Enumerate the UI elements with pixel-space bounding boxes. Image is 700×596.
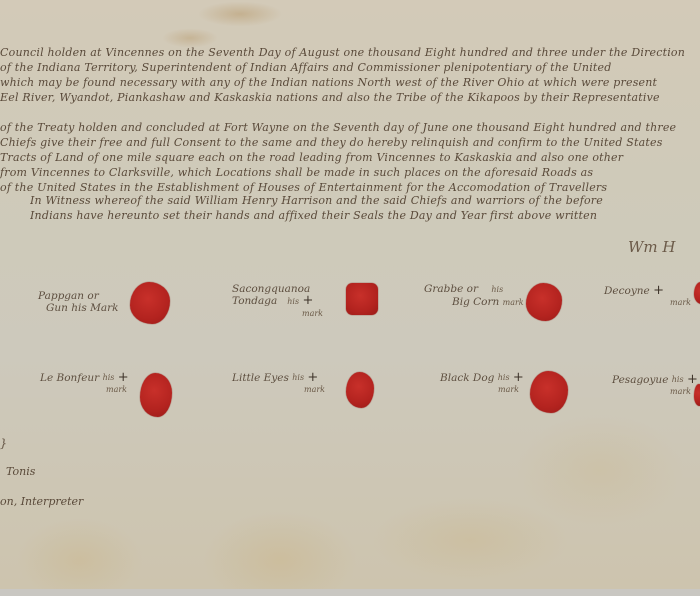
mark-label: mark xyxy=(503,298,524,307)
text-line: which may be found necessary with any of… xyxy=(0,75,700,90)
mark-label: mark xyxy=(232,384,325,396)
text-line: of the Treaty holden and concluded at Fo… xyxy=(0,120,700,135)
wax-seal xyxy=(346,283,378,315)
wax-seal xyxy=(130,282,170,324)
witness-bracket: } xyxy=(0,437,7,450)
witness-name: Tonis xyxy=(6,465,35,478)
commissioner-signature: Wm H xyxy=(628,238,676,256)
signatory-name: Little Eyes xyxy=(232,372,289,384)
wax-seal xyxy=(346,372,374,408)
his-label: his xyxy=(672,375,684,384)
signatory-name: Pesagoyue xyxy=(612,374,668,386)
signatory-6: Little Eyes his + mark xyxy=(232,372,325,396)
paragraph-witness: In Witness whereof the said William Henr… xyxy=(30,193,700,223)
cross-mark-icon: + xyxy=(653,283,664,298)
cross-mark-icon: + xyxy=(118,370,129,385)
text-line: from Vincennes to Clarksville, which Loc… xyxy=(0,165,700,180)
signatory-name-line-2: Big Corn xyxy=(452,296,499,308)
interpreter-name: on, Interpreter xyxy=(0,495,83,508)
wax-seal xyxy=(694,282,700,304)
text-line: Chiefs give their free and full Consent … xyxy=(0,135,700,150)
signatory-8: Pesagoyue his + mark xyxy=(612,374,698,398)
signatory-name: Pappgan or xyxy=(38,290,119,302)
signatory-4: Decoyne + mark xyxy=(604,285,691,309)
his-label: his xyxy=(491,285,503,294)
wax-seal xyxy=(694,384,700,406)
cross-mark-icon: + xyxy=(302,293,313,308)
paragraph-council: Council holden at Vincennes on the Seven… xyxy=(0,45,700,105)
signatory-name-line-2: Gun his Mark xyxy=(38,302,119,314)
signatory-7: Black Dog his + mark xyxy=(440,372,524,396)
text-line: Council holden at Vincennes on the Seven… xyxy=(0,45,700,60)
signatory-name: Black Dog xyxy=(440,372,494,384)
mark-label: mark xyxy=(604,297,691,309)
signatory-name: Grabbe or xyxy=(424,283,478,295)
wax-seal xyxy=(526,283,562,321)
signatory-name: Le Bonfeur xyxy=(40,372,99,384)
signatory-1: Pappgan or Gun his Mark xyxy=(38,290,119,314)
cross-mark-icon: + xyxy=(307,370,318,385)
cross-mark-icon: + xyxy=(513,370,524,385)
text-line: Tracts of Land of one mile square each o… xyxy=(0,150,700,165)
mark-label: mark xyxy=(612,386,698,398)
signatory-3: Grabbe or his Big Corn mark xyxy=(424,283,524,309)
his-label: his xyxy=(103,373,115,382)
signatory-5: Le Bonfeur his + mark xyxy=(40,372,129,396)
signatory-name-line-2: Tondaga xyxy=(232,295,277,307)
wax-seal xyxy=(530,371,568,413)
text-line: Eel River, Wyandot, Piankashaw and Kaska… xyxy=(0,90,700,105)
his-label: his xyxy=(292,373,304,382)
mark-label: mark xyxy=(440,384,524,396)
mark-label: mark xyxy=(40,384,129,396)
treaty-document: Council holden at Vincennes on the Seven… xyxy=(0,0,700,589)
wax-seal xyxy=(140,373,172,417)
paragraph-treaty: of the Treaty holden and concluded at Fo… xyxy=(0,120,700,195)
mark-label: mark xyxy=(232,308,323,320)
text-line: Indians have hereunto set their hands an… xyxy=(30,208,700,223)
signatory-name: Decoyne xyxy=(604,285,650,297)
his-label: his xyxy=(498,373,510,382)
text-line: of the Indiana Territory, Superintendent… xyxy=(0,60,700,75)
signatory-2: Sacongquanoa Tondaga his + mark xyxy=(232,283,323,320)
his-label: his xyxy=(287,297,299,306)
text-line: In Witness whereof the said William Henr… xyxy=(30,193,700,208)
